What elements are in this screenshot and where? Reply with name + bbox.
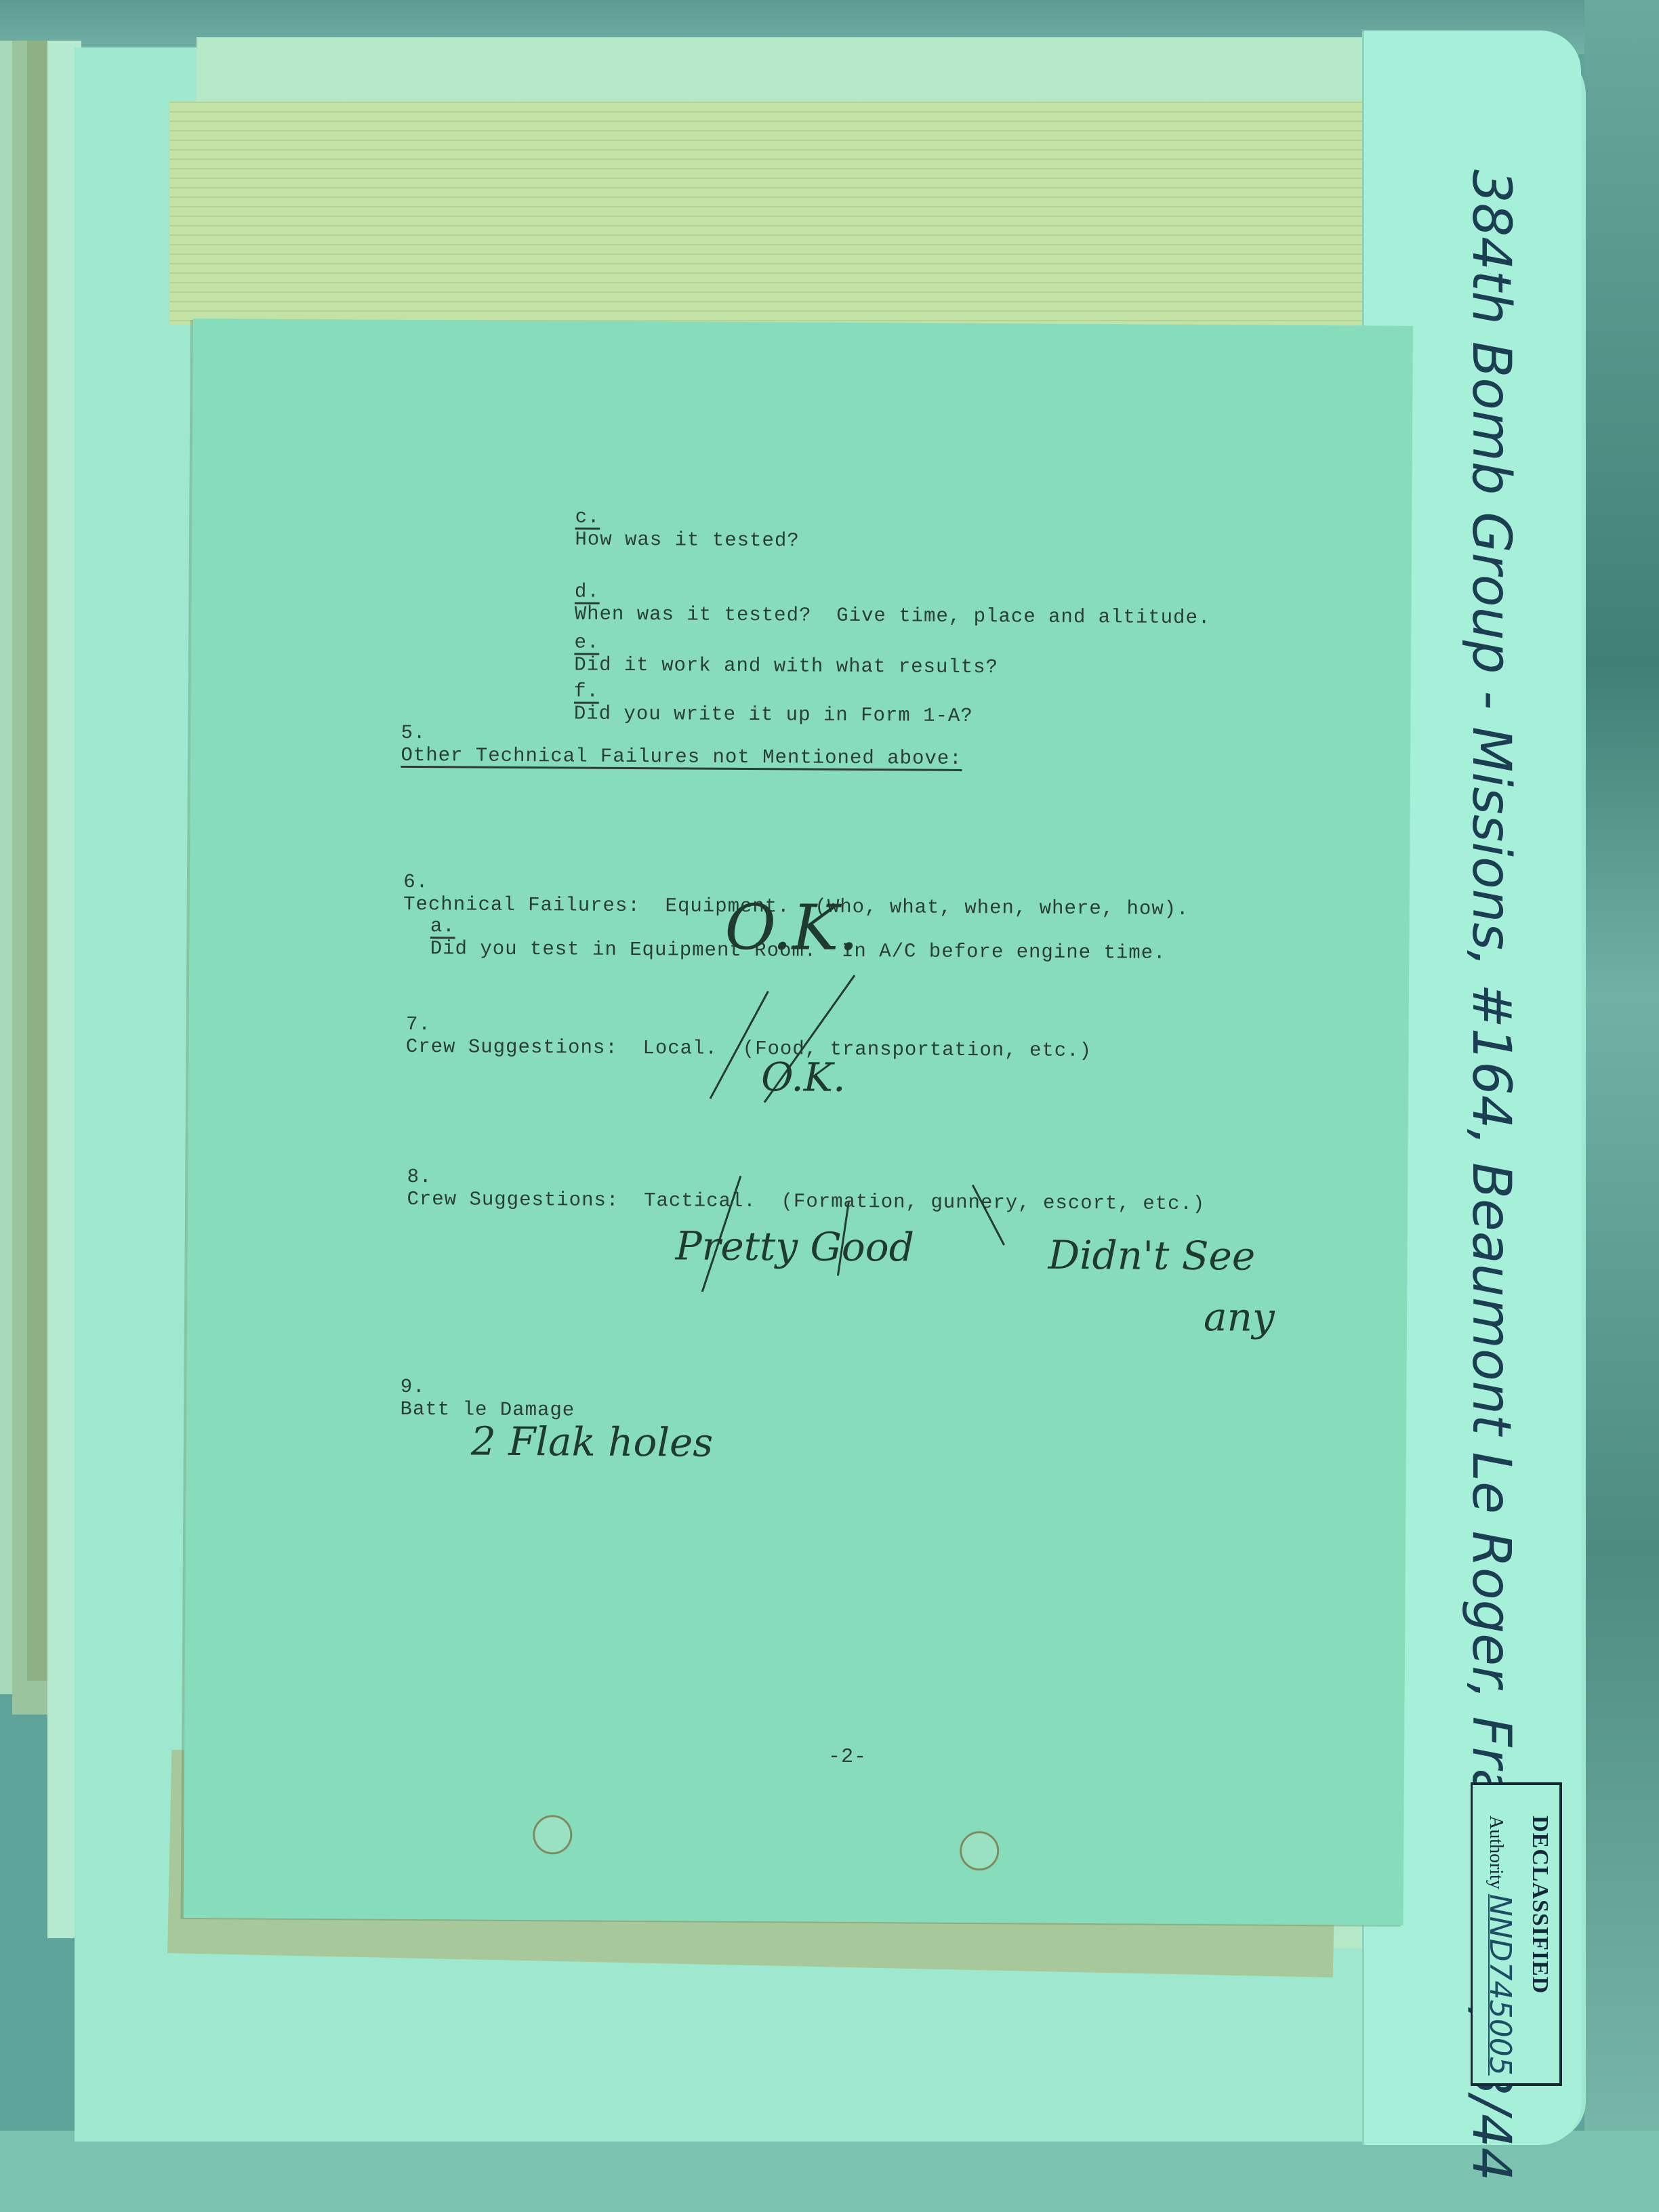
section-5-text: Other Technical Failures not Mentioned a… <box>401 744 962 770</box>
section-7-text: Crew Suggestions: Local. (Food, transpor… <box>406 1036 1092 1062</box>
handwritten-any: any <box>1204 1294 1275 1340</box>
item-e-label: e. <box>574 631 599 653</box>
handwritten-didnt-see: Didn't See <box>1048 1232 1255 1279</box>
item-f-label: f. <box>574 680 599 702</box>
handwritten-pretty-good: Pretty Good <box>675 1223 914 1270</box>
declassified-stamp: DECLASSIFIED Authority NND745005 <box>1471 1782 1562 2086</box>
handwritten-equipment-ok: O.K. <box>724 891 859 964</box>
underlying-page-stack-edges <box>169 102 1362 325</box>
handwritten-flak-holes: 2 Flak holes <box>471 1418 714 1466</box>
stamp-authority: Authority NND745005 <box>1483 1816 1517 2076</box>
item-c-text: How was it tested? <box>575 528 799 552</box>
stamp-title: DECLASSIFIED <box>1527 1816 1553 1994</box>
section-6a-label: a. <box>430 915 455 937</box>
section-7-number: 7. <box>406 1013 431 1036</box>
document-page: c. How was it tested? d. When was it tes… <box>184 319 1413 1925</box>
section-8-text: Crew Suggestions: Tactical. (Formation, … <box>407 1188 1205 1215</box>
punch-hole <box>960 1831 999 1870</box>
section-7: 7. Crew Suggestions: Local. (Food, trans… <box>331 990 1092 1084</box>
folder-tab-title: 384th Bomb Group - Missions, #164, Beaum… <box>1460 169 1521 1896</box>
punch-hole <box>533 1815 572 1854</box>
stamp-authority-label: Authority <box>1486 1816 1507 1889</box>
handwritten-local-ok: O.K. <box>761 1054 846 1101</box>
stamp-authority-number: NND745005 <box>1483 1894 1517 2076</box>
background-right-edge <box>1584 0 1659 2212</box>
item-d-label: d. <box>575 580 600 602</box>
section-8-number: 8. <box>407 1166 432 1188</box>
section-9-number: 9. <box>401 1376 426 1398</box>
section-6-number: 6. <box>403 871 428 893</box>
section-5: 5. Other Technical Failures not Mentione… <box>326 699 962 792</box>
section-5-number: 5. <box>401 722 426 744</box>
page-number: -2- <box>828 1746 867 1769</box>
item-c-label: c. <box>575 506 600 528</box>
folder-tab-label: 384th Bomb Group - Missions, #164, Beaum… <box>1443 169 1538 1809</box>
